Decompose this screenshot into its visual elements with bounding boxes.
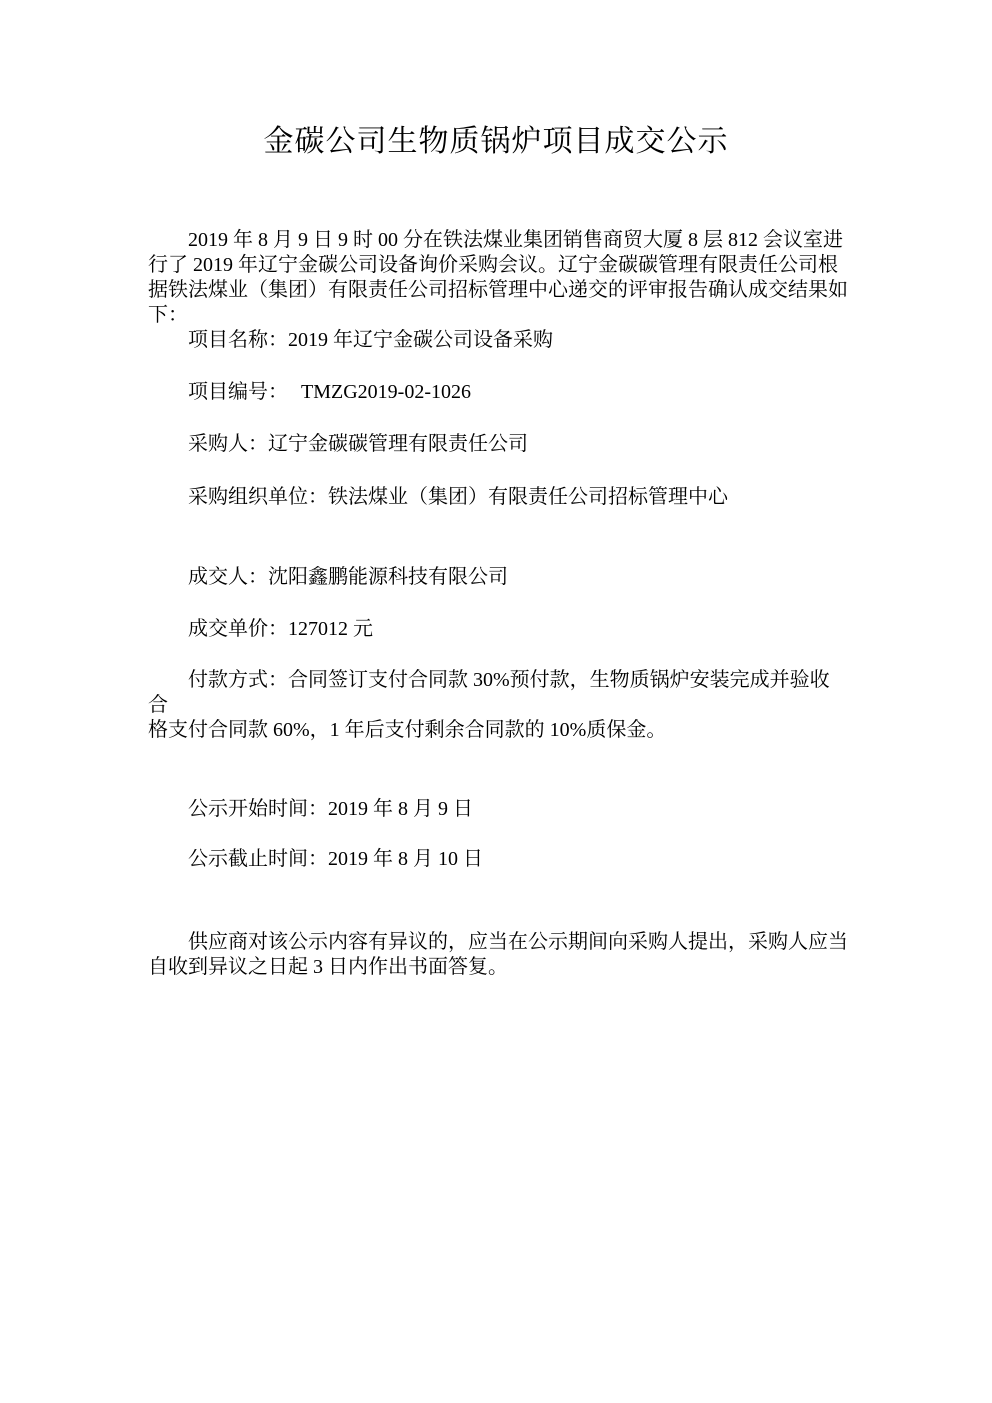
procurement-org-value: 铁法煤业（集团）有限责任公司招标管理中心 [328, 486, 728, 508]
objection-paragraph: 供应商对该公示内容有异议的，应当在公示期间向采购人提出，采购人应当 自收到异议之… [148, 930, 848, 980]
field-publicity-end: 公示截止时间：2019 年 8 月 10 日 [148, 847, 848, 872]
payment-line-2: 格支付合同款 60%，1 年后支付剩余合同款的 10%质保金。 [148, 718, 848, 743]
intro-line-3: 据铁法煤业（集团）有限责任公司招标管理中心递交的评审报告确认成交结果如 [148, 278, 848, 303]
document-title: 金碳公司生物质锅炉项目成交公示 [0, 0, 992, 164]
field-buyer: 采购人：辽宁金碳碳管理有限责任公司 [148, 432, 848, 457]
buyer-label: 采购人： [188, 433, 268, 455]
winner-label: 成交人： [188, 566, 268, 588]
payment-line-1: 付款方式：合同签订支付合同款 30%预付款，生物质锅炉安装完成并验收合 [148, 668, 848, 718]
unit-price-value: 127012 元 [288, 618, 373, 640]
document-page: 金碳公司生物质锅炉项目成交公示 2019 年 8 月 9 日 9 时 00 分在… [0, 0, 992, 1403]
publicity-end-value: 2019 年 8 月 10 日 [328, 848, 483, 870]
procurement-org-label: 采购组织单位： [188, 486, 328, 508]
field-winner: 成交人：沈阳鑫鹏能源科技有限公司 [148, 565, 848, 590]
unit-price-label: 成交单价： [188, 618, 288, 640]
project-number-label: 项目编号： [188, 381, 288, 403]
payment-paragraph: 付款方式：合同签订支付合同款 30%预付款，生物质锅炉安装完成并验收合 格支付合… [148, 668, 848, 743]
project-name-value: 2019 年辽宁金碳公司设备采购 [288, 329, 553, 351]
intro-paragraph: 2019 年 8 月 9 日 9 时 00 分在铁法煤业集团销售商贸大厦 8 层… [148, 228, 848, 328]
intro-line-1: 2019 年 8 月 9 日 9 时 00 分在铁法煤业集团销售商贸大厦 8 层… [148, 228, 848, 253]
winner-value: 沈阳鑫鹏能源科技有限公司 [268, 566, 508, 588]
objection-line-1: 供应商对该公示内容有异议的，应当在公示期间向采购人提出，采购人应当 [148, 930, 848, 955]
project-name-label: 项目名称： [188, 329, 288, 351]
field-project-name: 项目名称：2019 年辽宁金碳公司设备采购 [148, 328, 848, 353]
buyer-value: 辽宁金碳碳管理有限责任公司 [268, 433, 528, 455]
field-unit-price: 成交单价：127012 元 [148, 617, 848, 642]
objection-line-2: 自收到异议之日起 3 日内作出书面答复。 [148, 955, 848, 980]
publicity-start-label: 公示开始时间： [188, 798, 328, 820]
intro-line-2: 行了 2019 年辽宁金碳公司设备询价采购会议。辽宁金碳碳管理有限责任公司根 [148, 253, 848, 278]
project-number-value: TMZG2019-02-1026 [288, 381, 471, 403]
intro-line-4: 下： [148, 303, 848, 328]
document-body: 2019 年 8 月 9 日 9 时 00 分在铁法煤业集团销售商贸大厦 8 层… [148, 228, 848, 980]
field-project-number: 项目编号：TMZG2019-02-1026 [148, 380, 848, 405]
field-procurement-org: 采购组织单位：铁法煤业（集团）有限责任公司招标管理中心 [148, 485, 848, 510]
publicity-end-label: 公示截止时间： [188, 848, 328, 870]
field-publicity-start: 公示开始时间：2019 年 8 月 9 日 [148, 797, 848, 822]
publicity-start-value: 2019 年 8 月 9 日 [328, 798, 473, 820]
